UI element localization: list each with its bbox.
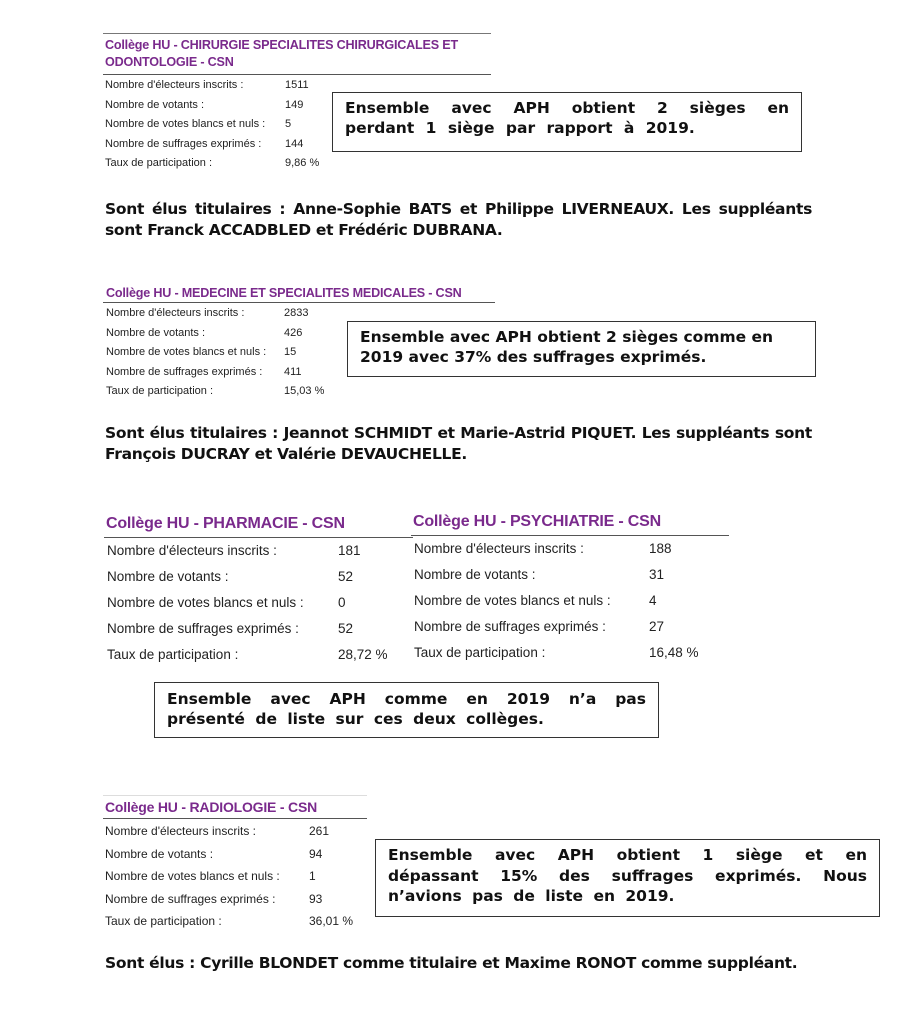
stats-row: Nombre de votants :31 — [414, 562, 714, 588]
stat-label: Nombre de suffrages exprimés : — [106, 363, 262, 383]
stat-label: Nombre de votants : — [106, 324, 205, 344]
stats-row: Nombre de suffrages exprimés :411 — [106, 363, 336, 383]
stats-table-psychiatrie: Nombre d'électeurs inscrits :188 Nombre … — [414, 536, 714, 666]
stat-label: Nombre de suffrages exprimés : — [105, 135, 261, 155]
elected-members-chirurgie: Sont élus titulaires : Anne-Sophie BATS … — [105, 199, 812, 241]
stat-label: Nombre d'électeurs inscrits : — [105, 76, 243, 96]
stats-row: Nombre de votants :426 — [106, 324, 336, 344]
stat-value: 411 — [284, 363, 302, 383]
stat-label: Nombre de votes blancs et nuls : — [106, 343, 266, 363]
stats-row: Taux de participation :28,72 % — [107, 642, 397, 668]
stats-table-medecine: Nombre d'électeurs inscrits :2833 Nombre… — [106, 304, 336, 402]
stat-label: Nombre d'électeurs inscrits : — [107, 538, 277, 564]
stat-value: 1 — [309, 865, 316, 888]
stat-label: Nombre d'électeurs inscrits : — [105, 820, 256, 843]
stat-value: 261 — [309, 820, 329, 843]
stat-label: Taux de participation : — [105, 154, 212, 174]
stat-label: Taux de participation : — [106, 382, 213, 402]
stats-row: Nombre de votants :52 — [107, 564, 397, 590]
result-note-text: Ensemble avec APH obtient 2 sièges en pe… — [345, 98, 789, 138]
stats-row: Nombre de votants :94 — [105, 843, 355, 866]
stat-value: 36,01 % — [309, 910, 353, 933]
stats-row: Nombre de votes blancs et nuls :4 — [414, 588, 714, 614]
stats-row: Nombre d'électeurs inscrits :2833 — [106, 304, 336, 324]
stats-row: Taux de participation :9,86 % — [105, 154, 325, 174]
stat-label: Nombre de votants : — [105, 843, 213, 866]
stats-row: Taux de participation :16,48 % — [414, 640, 714, 666]
stat-label: Nombre de suffrages exprimés : — [414, 614, 606, 640]
result-note-text: Ensemble avec APH obtient 2 sièges comme… — [360, 327, 803, 367]
stats-row: Nombre de suffrages exprimés :27 — [414, 614, 714, 640]
stat-label: Nombre d'électeurs inscrits : — [106, 304, 244, 324]
stat-value: 27 — [649, 614, 664, 640]
stats-row: Nombre d'électeurs inscrits :261 — [105, 820, 355, 843]
college-title-line2: ODONTOLOGIE - CSN — [105, 54, 458, 71]
stats-row: Nombre de votes blancs et nuls :15 — [106, 343, 336, 363]
stats-row: Nombre d'électeurs inscrits :1511 — [105, 76, 325, 96]
stats-row: Nombre de votants :149 — [105, 96, 325, 116]
stat-label: Nombre d'électeurs inscrits : — [414, 536, 584, 562]
college-title-line1: Collège HU - CHIRURGIE SPECIALITES CHIRU… — [105, 37, 458, 54]
stat-label: Nombre de votes blancs et nuls : — [414, 588, 611, 614]
stat-label: Nombre de suffrages exprimés : — [105, 888, 276, 911]
stat-label: Nombre de votes blancs et nuls : — [105, 865, 280, 888]
result-note-medecine: Ensemble avec APH obtient 2 sièges comme… — [347, 321, 816, 377]
stat-value: 181 — [338, 538, 361, 564]
stats-row: Nombre de suffrages exprimés :52 — [107, 616, 397, 642]
stat-value: 52 — [338, 564, 353, 590]
section-rule — [103, 795, 367, 796]
stat-value: 2833 — [284, 304, 308, 324]
stat-value: 15,03 % — [284, 382, 324, 402]
result-note-text: Ensemble avec APH comme en 2019 n’a pas … — [167, 689, 646, 729]
section-rule — [103, 33, 491, 34]
stat-label: Taux de participation : — [414, 640, 545, 666]
stats-table-radiologie: Nombre d'électeurs inscrits :261 Nombre … — [105, 820, 355, 933]
college-title-radiologie: Collège HU - RADIOLOGIE - CSN — [105, 798, 317, 816]
stats-row: Nombre de votes blancs et nuls :0 — [107, 590, 397, 616]
stats-row: Nombre de votes blancs et nuls :5 — [105, 115, 325, 135]
section-rule — [103, 74, 491, 75]
stat-label: Nombre de suffrages exprimés : — [107, 616, 299, 642]
stat-label: Taux de participation : — [107, 642, 238, 668]
result-note-pharmacie-psychiatrie: Ensemble avec APH comme en 2019 n’a pas … — [154, 682, 659, 738]
elected-members-radiologie: Sont élus : Cyrille BLONDET comme titula… — [105, 953, 812, 974]
stat-value: 93 — [309, 888, 322, 911]
stats-row: Taux de participation :15,03 % — [106, 382, 336, 402]
stat-value: 15 — [284, 343, 296, 363]
stat-label: Taux de participation : — [105, 910, 222, 933]
stat-label: Nombre de votants : — [414, 562, 536, 588]
college-title-pharmacie: Collège HU - PHARMACIE - CSN — [106, 514, 345, 534]
stats-table-pharmacie: Nombre d'électeurs inscrits :181 Nombre … — [107, 538, 397, 668]
stats-row: Nombre de suffrages exprimés :144 — [105, 135, 325, 155]
stat-value: 31 — [649, 562, 664, 588]
stat-value: 4 — [649, 588, 657, 614]
elected-members-medecine: Sont élus titulaires : Jeannot SCHMIDT e… — [105, 423, 812, 465]
result-note-chirurgie: Ensemble avec APH obtient 2 sièges en pe… — [332, 92, 802, 152]
stat-value: 1511 — [285, 76, 309, 96]
stat-value: 5 — [285, 115, 291, 135]
stats-table-chirurgie: Nombre d'électeurs inscrits :1511 Nombre… — [105, 76, 325, 174]
stats-row: Taux de participation :36,01 % — [105, 910, 355, 933]
stat-value: 144 — [285, 135, 303, 155]
stat-value: 94 — [309, 843, 322, 866]
result-note-radiologie: Ensemble avec APH obtient 1 siège et en … — [375, 839, 880, 917]
stat-value: 188 — [649, 536, 672, 562]
stat-label: Nombre de votants : — [105, 96, 204, 116]
stat-value: 28,72 % — [338, 642, 388, 668]
stat-label: Nombre de votes blancs et nuls : — [105, 115, 265, 135]
stats-row: Nombre de votes blancs et nuls :1 — [105, 865, 355, 888]
section-rule — [103, 818, 367, 819]
college-title-psychiatrie: Collège HU - PSYCHIATRIE - CSN — [413, 512, 661, 532]
stats-row: Nombre d'électeurs inscrits :181 — [107, 538, 397, 564]
stat-value: 0 — [338, 590, 346, 616]
stat-value: 9,86 % — [285, 154, 319, 174]
college-title-medecine: Collège HU - MEDECINE ET SPECIALITES MED… — [106, 285, 462, 302]
stats-row: Nombre d'électeurs inscrits :188 — [414, 536, 714, 562]
section-rule — [103, 302, 495, 303]
stat-value: 52 — [338, 616, 353, 642]
stat-value: 149 — [285, 96, 303, 116]
stat-value: 16,48 % — [649, 640, 699, 666]
result-note-text: Ensemble avec APH obtient 1 siège et en … — [388, 845, 867, 907]
stats-row: Nombre de suffrages exprimés :93 — [105, 888, 355, 911]
college-title-chirurgie: Collège HU - CHIRURGIE SPECIALITES CHIRU… — [105, 37, 458, 71]
stat-label: Nombre de votants : — [107, 564, 229, 590]
stat-label: Nombre de votes blancs et nuls : — [107, 590, 304, 616]
stat-value: 426 — [284, 324, 302, 344]
